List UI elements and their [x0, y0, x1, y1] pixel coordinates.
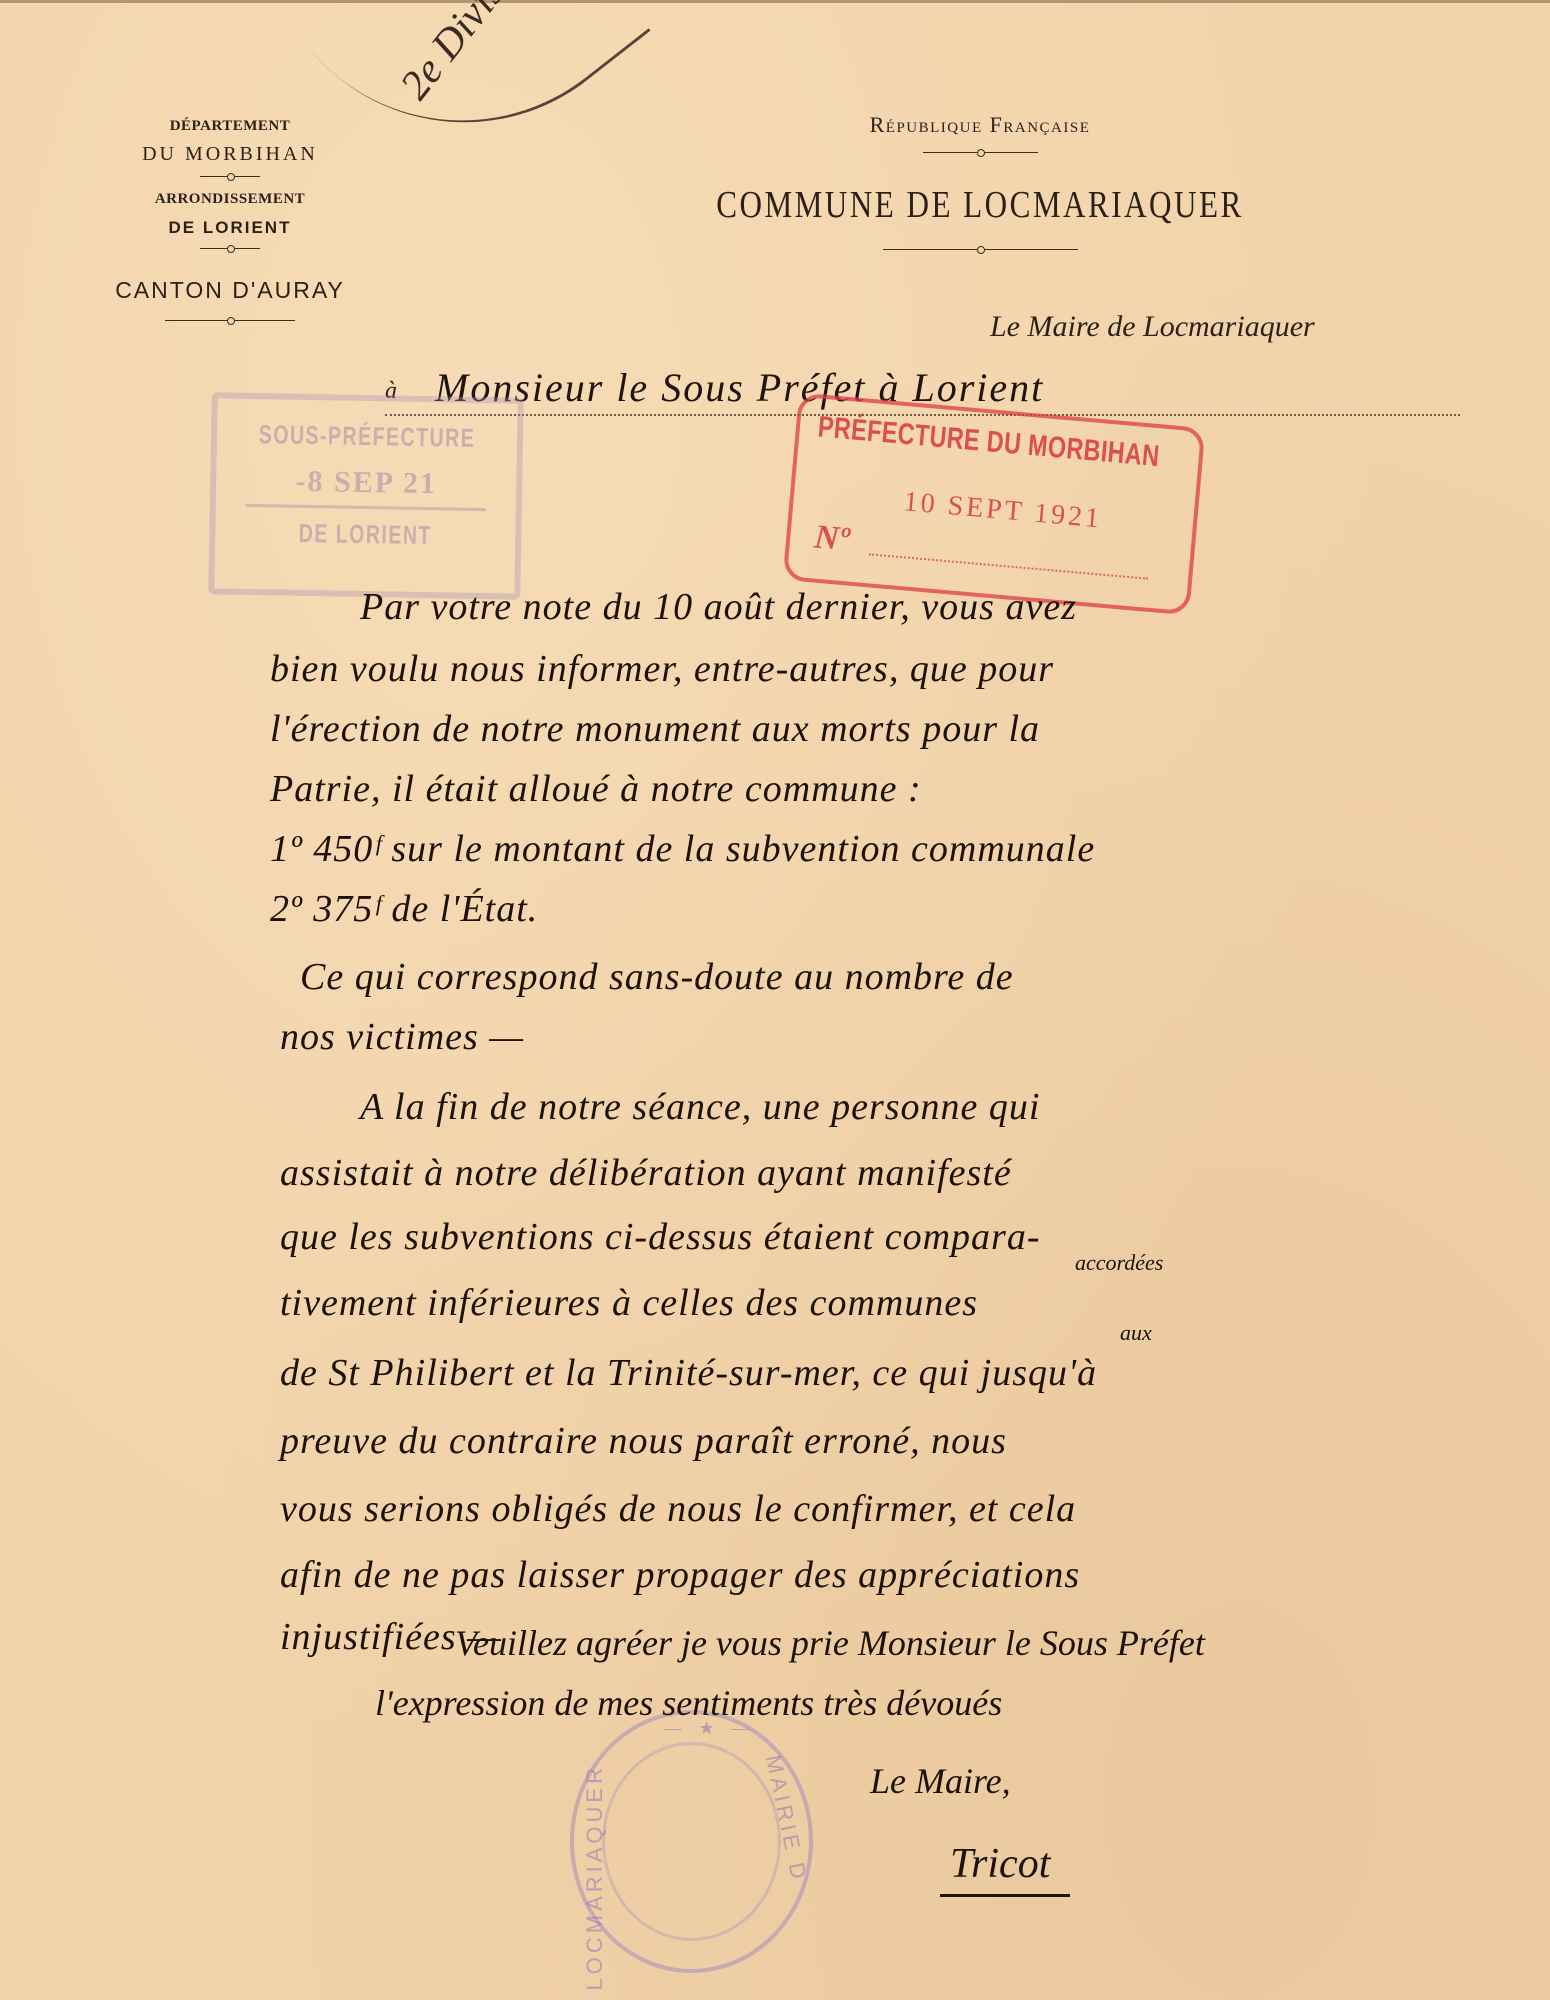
body-line: vous serions obligés de nous le confirme… [280, 1487, 1076, 1531]
body-line: A la fin de notre séance, une personne q… [360, 1085, 1041, 1129]
body-line: 1º 450ᶠ sur le montant de la subvention … [270, 827, 1095, 871]
body-line: tivement inférieures à celles des commun… [280, 1281, 978, 1325]
ornament-divider [200, 248, 260, 249]
ornament-divider [883, 249, 1078, 250]
ornament-divider [200, 176, 260, 177]
body-line: Ce qui correspond sans-doute au nombre d… [300, 955, 1014, 999]
body-line: 2º 375ᶠ de l'État. [270, 887, 538, 931]
body-line: Patrie, il était alloué à notre commune … [270, 767, 922, 811]
commune-heading: COMMUNE DE LOCMARIAQUER [668, 183, 1291, 227]
interlinear-insertion: accordées [1075, 1250, 1163, 1276]
mairie-round-stamp: — ★ — MAIRIE D LOCMARIAQUER [570, 1710, 813, 1973]
department-label: DÉPARTEMENT [80, 118, 380, 135]
stamp-number-field [869, 553, 1148, 579]
stamp-date: -8 SEP 21 [246, 464, 487, 511]
department-name: DU MORBIHAN [80, 143, 380, 166]
letterhead-right: République Française COMMUNE DE LOCMARIA… [600, 112, 1360, 250]
canton-name: CANTON D'AURAY [80, 277, 380, 304]
arrondissement-name: DE LORIENT [80, 218, 380, 238]
body-line: l'érection de notre monument aux morts p… [270, 707, 1040, 751]
interlinear-insertion: aux [1120, 1320, 1152, 1346]
sender-line: Le Maire de Locmariaquer [990, 310, 1315, 344]
signatory-title: Le Maire, [870, 1760, 1011, 1802]
stamp-line: PRÉFECTURE DU MORBIHAN [817, 410, 1161, 474]
page-top-edge [0, 0, 1550, 3]
body-line: Par votre note du 10 août dernier, vous … [360, 585, 1077, 629]
letterhead-left: DÉPARTEMENT DU MORBIHAN ARRONDISSEMENT D… [80, 112, 380, 321]
body-line: afin de ne pas laisser propager des appr… [280, 1553, 1080, 1597]
prefecture-stamp: PRÉFECTURE DU MORBIHAN 10 SEPT 1921 Nº [783, 393, 1206, 616]
ornament-divider [923, 152, 1038, 153]
stamp-line: DE LORIENT [253, 517, 479, 552]
addressee-handwritten: Monsieur le Sous Préfet à Lorient [435, 364, 1044, 411]
signature: Tricot [940, 1840, 1070, 1897]
stamp-text: LOCMARIAQUER [582, 1764, 608, 1990]
stamp-number-label: Nº [813, 519, 851, 560]
arrondissement-label: ARRONDISSEMENT [80, 191, 380, 208]
body-line: de St Philibert et la Trinité-sur-mer, c… [280, 1351, 1097, 1395]
sous-prefecture-stamp: SOUS-PRÉFECTURE -8 SEP 21 DE LORIENT [208, 392, 523, 599]
stamp-line: SOUS-PRÉFECTURE [254, 419, 480, 454]
body-line: nos victimes — [280, 1015, 524, 1059]
republic-heading: République Française [600, 112, 1360, 138]
body-line: bien voulu nous informer, entre-autres, … [270, 647, 1054, 691]
body-line: assistait à notre délibération ayant man… [280, 1151, 1012, 1195]
body-line: preuve du contraire nous paraît erroné, … [280, 1419, 1007, 1463]
closing-line: Veuillez agréer je vous prie Monsieur le… [455, 1622, 1205, 1664]
closing-line: l'expression de mes sentiments très dévo… [375, 1682, 1002, 1724]
ornament-divider [165, 320, 295, 321]
stamp-date: 10 SEPT 1921 [902, 486, 1103, 535]
body-line: que les subventions ci-dessus étaient co… [280, 1215, 1040, 1259]
